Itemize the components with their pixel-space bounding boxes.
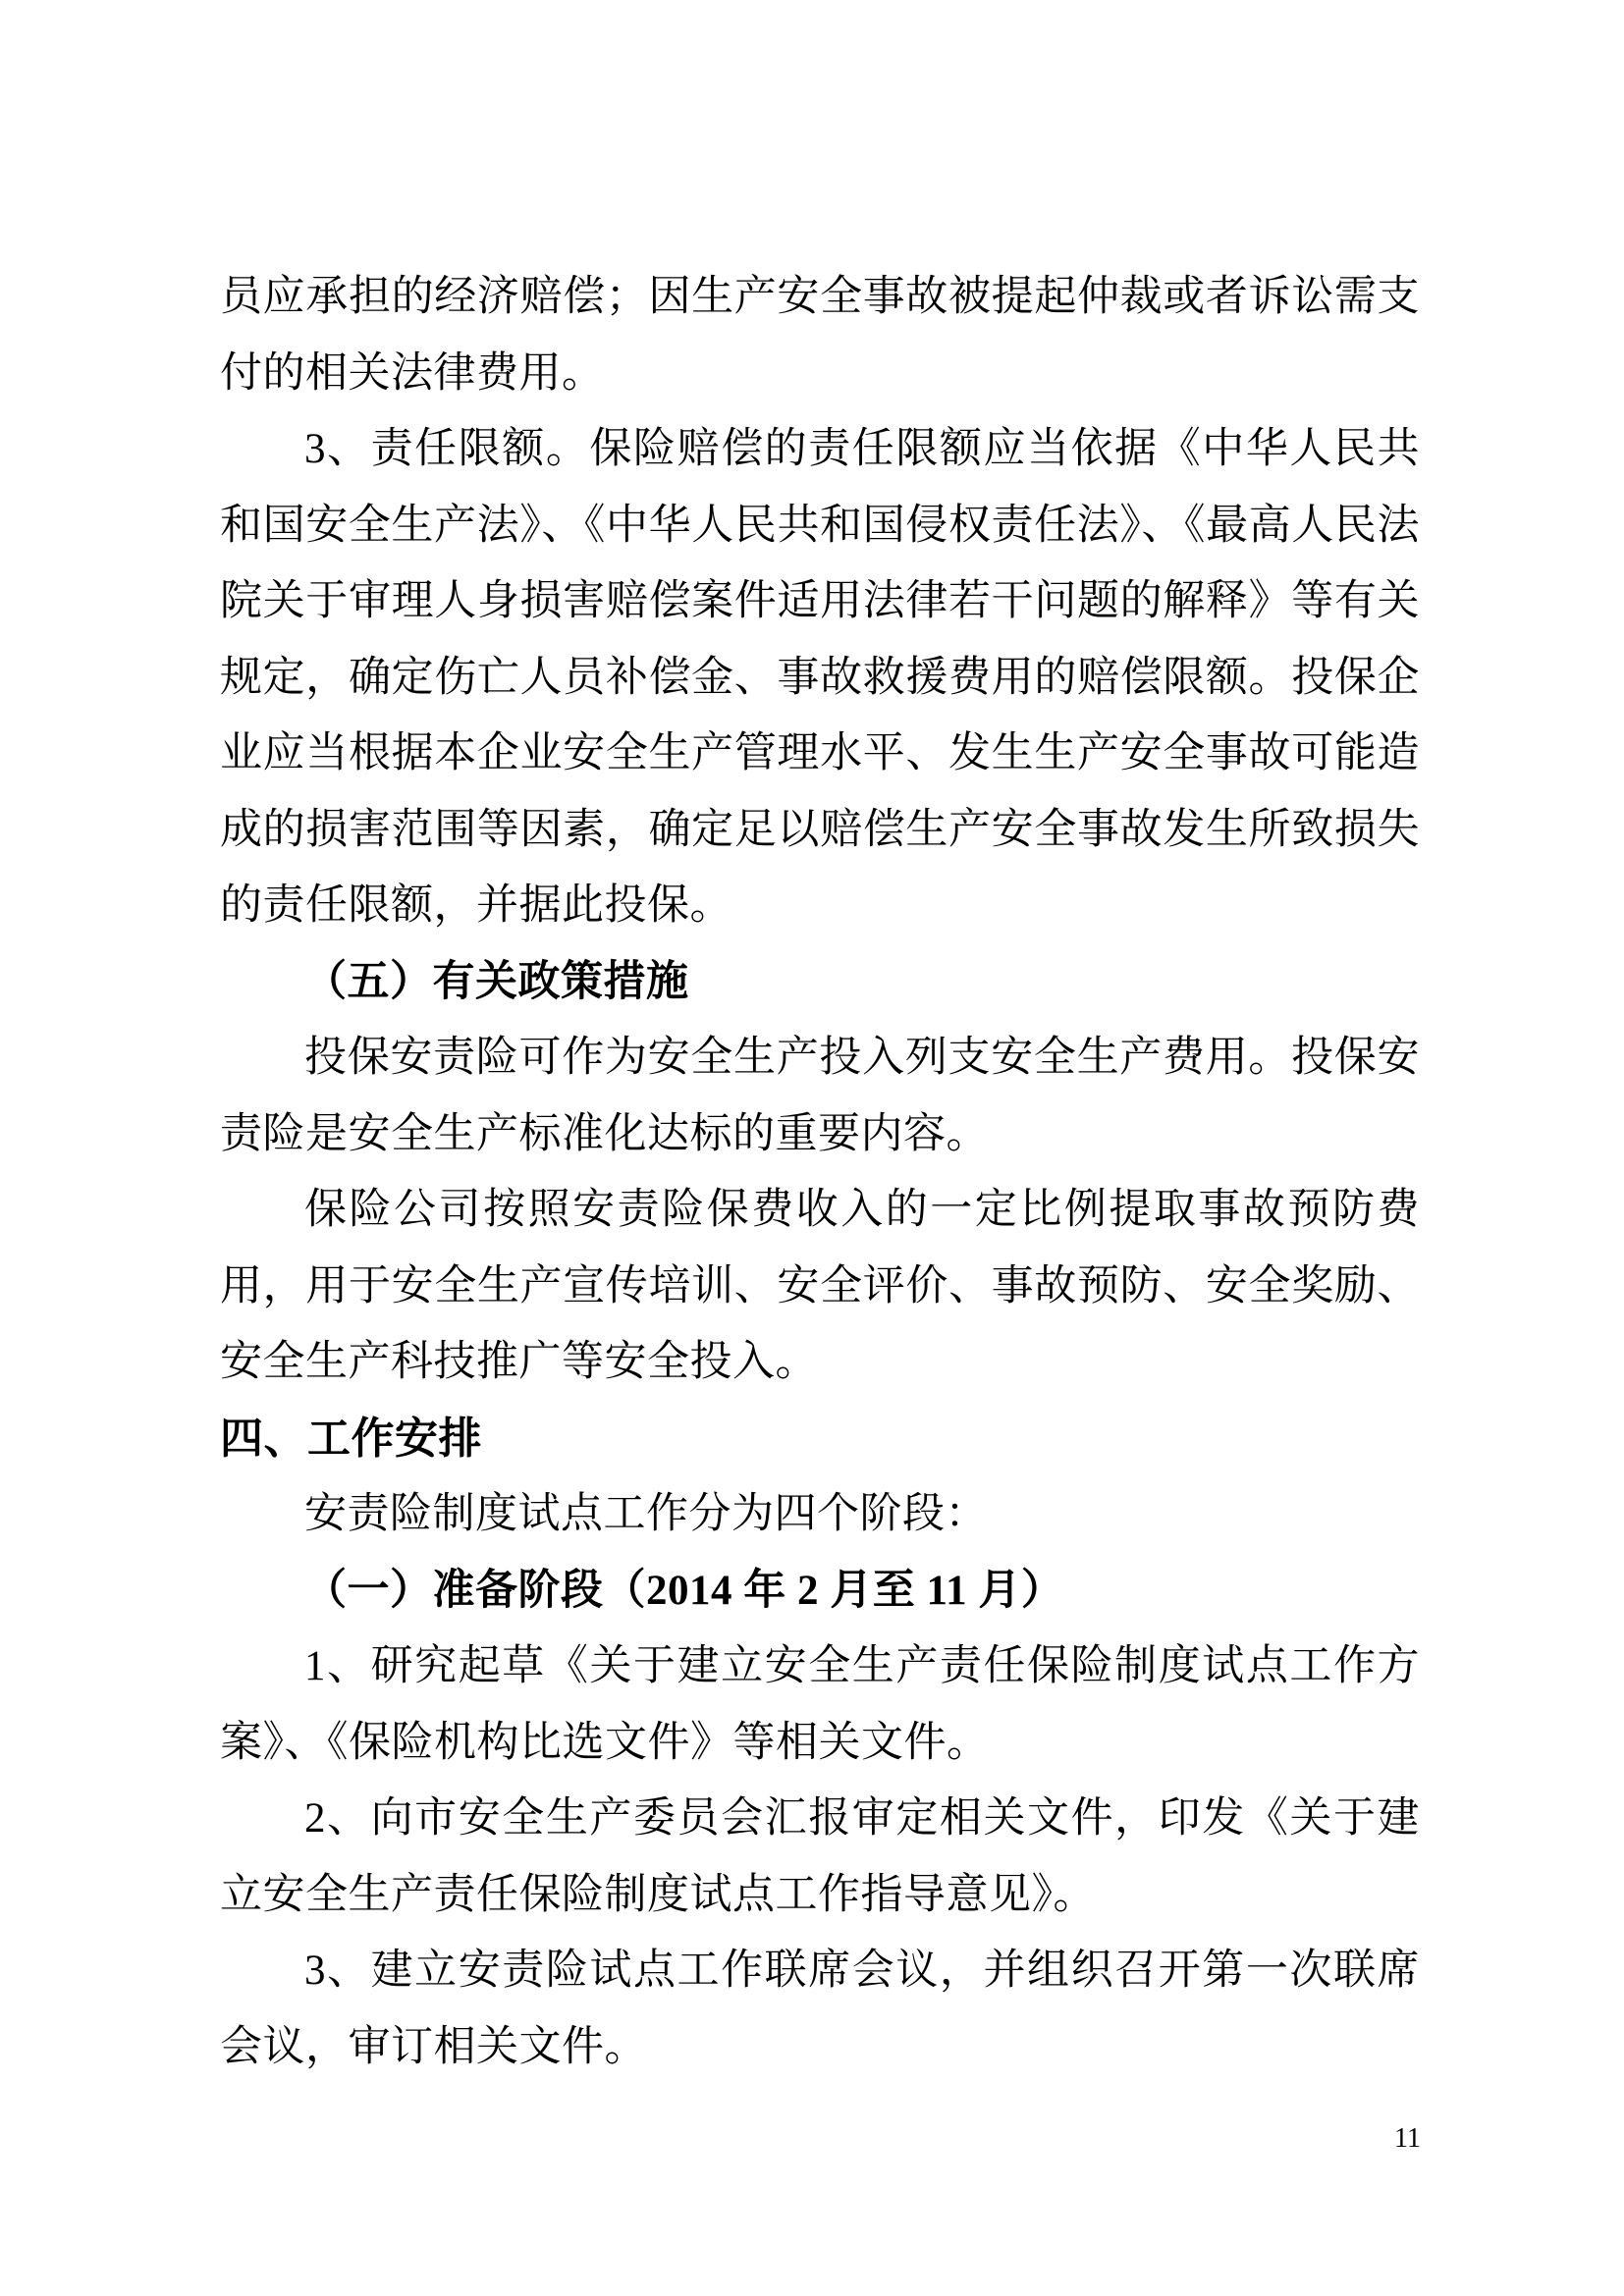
paragraph-task-1: 1、研究起草《关于建立安全生产责任保险制度试点工作方案》、《保险机构比选文件》等… bbox=[220, 1629, 1420, 1781]
chapter-heading-work-arrangement: 四、工作安排 bbox=[220, 1401, 1420, 1477]
paragraph-task-2: 2、向市安全生产委员会汇报审定相关文件，印发《关于建立安全生产责任保险制度试点工… bbox=[220, 1781, 1420, 1933]
section-heading-preparation-stage: （一）准备阶段（2014 年 2 月至 11 月） bbox=[220, 1553, 1420, 1629]
paragraph-policy-1: 投保安责险可作为安全生产投入列支安全生产费用。投保安责险是安全生产标准化达标的重… bbox=[220, 1020, 1420, 1172]
paragraph-liability-limit: 3、责任限额。保险赔偿的责任限额应当依据《中华人民共和国安全生产法》、《中华人民… bbox=[220, 411, 1420, 944]
paragraph-task-3: 3、建立安责险试点工作联席会议，并组织召开第一次联席会议，审订相关文件。 bbox=[220, 1933, 1420, 2085]
section-heading-policy-measures: （五）有关政策措施 bbox=[220, 944, 1420, 1021]
paragraph-continuation: 员应承担的经济赔偿；因生产安全事故被提起仲裁或者诉讼需支付的相关法律费用。 bbox=[220, 259, 1420, 411]
page-number: 11 bbox=[1394, 2122, 1421, 2156]
document-page: 员应承担的经济赔偿；因生产安全事故被提起仲裁或者诉讼需支付的相关法律费用。 3、… bbox=[0, 0, 1624, 2296]
document-body: 员应承担的经济赔偿；因生产安全事故被提起仲裁或者诉讼需支付的相关法律费用。 3、… bbox=[220, 259, 1420, 2085]
paragraph-stages-intro: 安责险制度试点工作分为四个阶段： bbox=[220, 1476, 1420, 1553]
paragraph-policy-2: 保险公司按照安责险保费收入的一定比例提取事故预防费用，用于安全生产宣传培训、安全… bbox=[220, 1172, 1420, 1401]
